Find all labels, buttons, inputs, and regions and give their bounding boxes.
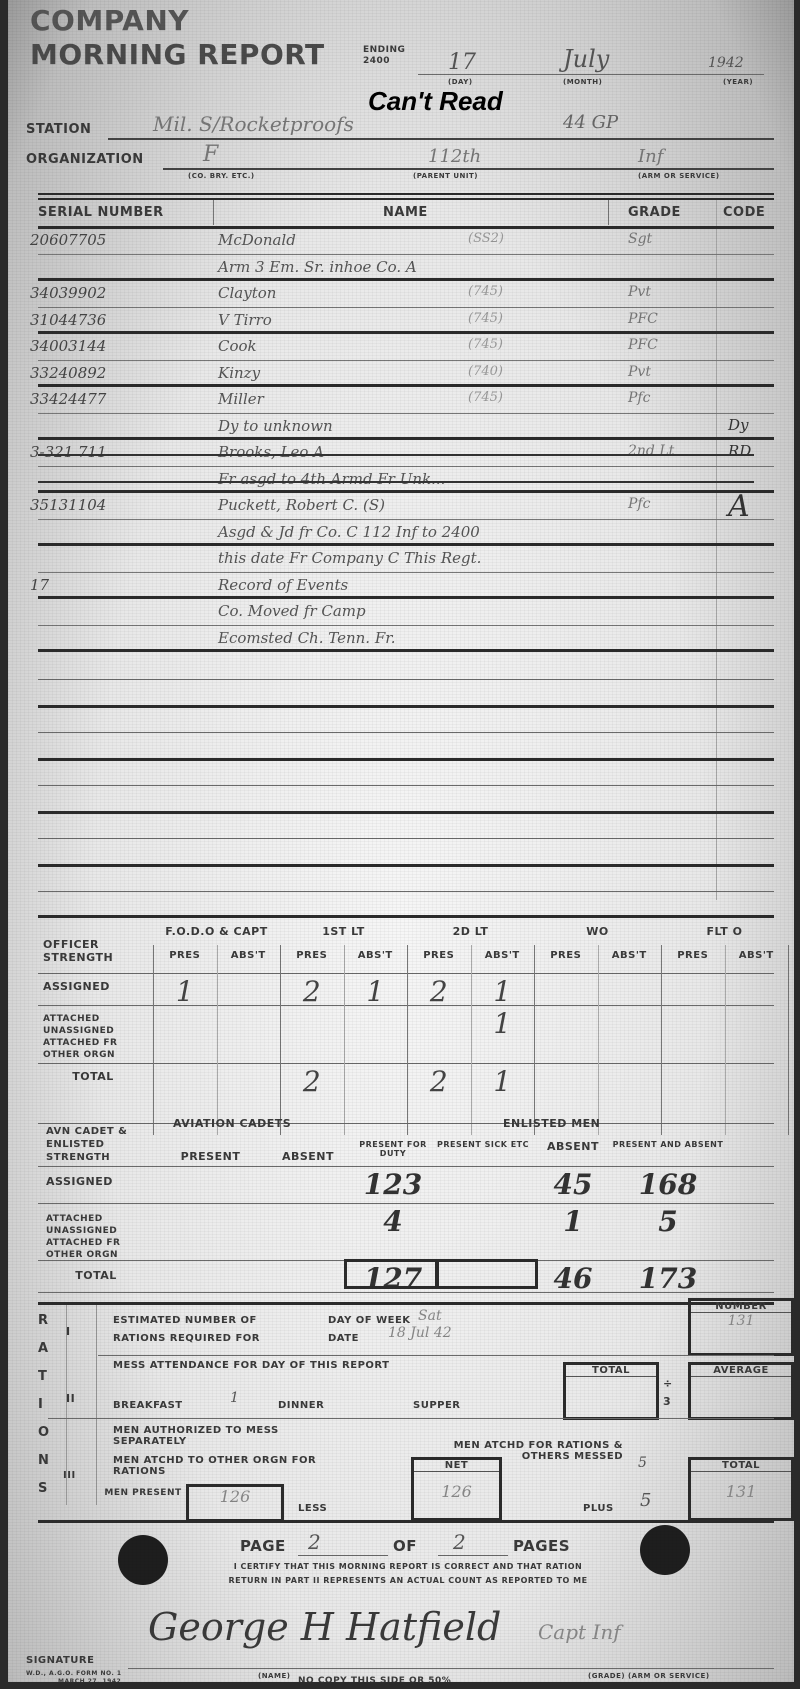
- station-label: STATION: [26, 122, 91, 137]
- soldier-name: Ecomsted Ch. Tenn. Fr.: [218, 629, 396, 647]
- officer-cell: 1: [471, 1065, 535, 1098]
- mess-average-label: AVERAGE: [691, 1365, 791, 1377]
- breakfast-value: 1: [230, 1390, 239, 1406]
- rations-total-label: TOTAL: [691, 1460, 791, 1472]
- roster-row: 31044736V Tirro(745)PFC: [8, 308, 794, 335]
- serial-number: 33240892: [30, 364, 106, 382]
- grade: Sgt: [628, 231, 652, 247]
- officer-subcol-header: PRES: [534, 950, 598, 961]
- mess-total-box: TOTAL: [563, 1362, 659, 1420]
- officer-col-line: [661, 945, 662, 1135]
- officer-subcol-header: PRES: [661, 950, 725, 961]
- enlisted-cell: 123: [348, 1168, 438, 1201]
- enlisted-row-label: ASSIGNED: [46, 1176, 146, 1188]
- mess-total-label: TOTAL: [566, 1365, 656, 1377]
- officer-row-label: ATTACHED UNASSIGNED ATTACHED FR OTHER OR…: [43, 1013, 143, 1061]
- roster-row: Co. Moved fr Camp: [8, 599, 794, 626]
- ration-number-label: NUMBER: [691, 1301, 791, 1313]
- grade: Pvt: [628, 364, 651, 380]
- org-arm: Inf: [638, 146, 663, 167]
- roster-extra: (745): [468, 390, 503, 405]
- blank-line: [38, 732, 774, 733]
- name-caption: (NAME): [258, 1672, 290, 1680]
- serial-number: 35131104: [30, 496, 106, 514]
- mess-attendance-title: MESS ATTENDANCE FOR DAY OF THIS REPORT: [113, 1360, 389, 1371]
- grade: PFC: [628, 337, 658, 353]
- mess-average-box: AVERAGE: [688, 1362, 794, 1420]
- roster-row: Asgd & Jd fr Co. C 112 Inf to 2400: [8, 520, 794, 547]
- officer-cell: 2: [280, 1065, 344, 1098]
- enlisted-cell: 1: [533, 1205, 613, 1238]
- date-month: July: [563, 45, 609, 73]
- officer-col-line: [788, 945, 789, 1135]
- roster-row: 35131104Puckett, Robert C. (S)PfcA: [8, 493, 794, 520]
- footer-note: NO COPY THIS SIDE OR 50%: [298, 1676, 451, 1682]
- officer-group-header: F.O.D.O & CAPT: [153, 925, 280, 938]
- breakfast-label: BREAKFAST: [113, 1400, 183, 1411]
- enlisted-row-label: TOTAL: [46, 1270, 146, 1282]
- grade: Pfc: [628, 496, 650, 512]
- enlisted-bottom-rule: [38, 1292, 774, 1293]
- soldier-name: Co. Moved fr Camp: [218, 602, 366, 620]
- roster-row: Dy to unknownDy: [8, 414, 794, 441]
- code: RD: [728, 442, 751, 460]
- roster-extra: (745): [468, 284, 503, 299]
- of-label: OF: [393, 1537, 417, 1555]
- col-code: CODE: [723, 205, 765, 220]
- form-id: W.D., A.G.O. FORM NO. 1: [26, 1670, 122, 1677]
- form-title-line2: MORNING REPORT: [30, 38, 325, 71]
- dinner-label: DINNER: [278, 1400, 324, 1411]
- enlisted-cell: 5: [608, 1205, 728, 1238]
- soldier-name: Record of Events: [218, 576, 348, 594]
- org-caption-arm: (ARM OR SERVICE): [638, 172, 720, 180]
- organization-label: ORGANIZATION: [26, 152, 144, 167]
- officer-row-label: TOTAL: [43, 1071, 143, 1083]
- col-serial-number: SERIAL NUMBER: [38, 205, 164, 220]
- morning-report-form: COMPANY MORNING REPORT ENDING 2400 17 Ju…: [8, 0, 794, 1682]
- rations-side-letter: N: [38, 1453, 49, 1468]
- blank-line: [38, 811, 774, 814]
- strike-line: [38, 481, 754, 483]
- blank-line: [38, 838, 774, 839]
- officer-row-rule: [38, 1063, 774, 1064]
- roster-row: 34039902Clayton(745)Pvt: [8, 281, 794, 308]
- enlisted-col-header: PRESENT: [163, 1150, 258, 1163]
- enlisted-cell: 45: [533, 1168, 613, 1201]
- officer-col-line: [534, 945, 535, 1135]
- rations-side-letter: T: [38, 1369, 47, 1384]
- roster-row: 33424477Miller(745)Pfc: [8, 387, 794, 414]
- day-of-week-value: Sat: [418, 1308, 442, 1324]
- serial-number: 33424477: [30, 390, 106, 408]
- serial-number: 31044736: [30, 311, 106, 329]
- org-caption-company: (CO. BRY. ETC.): [188, 172, 255, 180]
- blank-line: [38, 891, 774, 892]
- officer-subcol-header: ABS'T: [471, 950, 535, 961]
- enlisted-col-header: PRESENT FOR DUTY: [348, 1140, 438, 1158]
- total-pages: 2: [453, 1530, 466, 1554]
- officer-col-line: [407, 945, 408, 1135]
- rations-side-letter: R: [38, 1313, 49, 1328]
- officer-cell: 2: [407, 1065, 471, 1098]
- roster-extra: (745): [468, 311, 503, 326]
- officer-row-rule: [38, 973, 774, 974]
- strike-line: [38, 454, 754, 456]
- officer-col-line: [217, 945, 218, 1135]
- soldier-name: Brooks, Leo A: [218, 443, 324, 461]
- station-value: Mil. S/Rocketproofs: [153, 112, 354, 136]
- enlisted-cell: 46: [533, 1262, 613, 1295]
- year-caption: (YEAR): [723, 78, 753, 86]
- officer-subcol-header: ABS'T: [598, 950, 662, 961]
- officer-subcol-header: ABS'T: [725, 950, 789, 961]
- roster-extra: (745): [468, 337, 503, 352]
- rations-side-letter: A: [38, 1341, 49, 1356]
- ration-number-value: 131: [691, 1313, 791, 1329]
- page-number: 2: [308, 1530, 321, 1554]
- officer-col-line: [598, 945, 599, 1135]
- officer-group-header: WO: [534, 925, 661, 938]
- serial-number: 17: [30, 576, 49, 594]
- roster-row: 33240892Kinzy(740)Pvt: [8, 361, 794, 388]
- soldier-name: Kinzy: [218, 364, 260, 382]
- soldier-name: Arm 3 Em. Sr. inhoe Co. A: [218, 258, 417, 276]
- officer-subcol-header: ABS'T: [217, 950, 281, 961]
- day-caption: (DAY): [448, 78, 473, 86]
- enlisted-row-rule: [38, 1166, 774, 1167]
- net-box: NET 126: [411, 1457, 502, 1521]
- rations-side-letter: O: [38, 1425, 50, 1440]
- ration-number-box: NUMBER 131: [688, 1298, 794, 1356]
- rations-side-letter: I: [38, 1397, 43, 1412]
- org-caption-unit: (PARENT UNIT): [413, 172, 478, 180]
- blank-line: [38, 758, 774, 761]
- enlisted-row-label: ATTACHED UNASSIGNED ATTACHED FR OTHER OR…: [46, 1213, 146, 1261]
- officer-col-line: [280, 945, 281, 1135]
- officer-subcol-header: ABS'T: [344, 950, 408, 961]
- date-year: 1942: [708, 55, 744, 71]
- roster-extra: (SS2): [468, 231, 504, 246]
- officer-col-line: [725, 945, 726, 1135]
- soldier-name: Fr asgd to 4th Armd Fr Unk...: [218, 470, 445, 488]
- binder-hole-right: [640, 1525, 690, 1575]
- signature-value: George H Hatfield: [148, 1605, 501, 1649]
- enlisted-row-rule: [38, 1203, 774, 1204]
- pages-label: PAGES: [513, 1537, 570, 1555]
- enlisted-col-header: ABSENT: [533, 1140, 613, 1153]
- form-title-line1: COMPANY: [30, 4, 189, 37]
- col-name: NAME: [383, 205, 428, 220]
- station-extra: 44 GP: [563, 112, 618, 133]
- grade: Pvt: [628, 284, 651, 300]
- net-value: 126: [414, 1472, 499, 1501]
- officer-strength-label: OFFICER STRENGTH: [43, 938, 143, 964]
- rations-required-label-1: ESTIMATED NUMBER OF: [113, 1315, 257, 1326]
- rank-caption: (GRADE) (ARM OR SERVICE): [588, 1672, 710, 1680]
- blank-line: [38, 864, 774, 867]
- rations-section-1-numeral: I: [66, 1325, 71, 1338]
- officer-group-header: 2D LT: [407, 925, 534, 938]
- soldier-name: this date Fr Company C This Regt.: [218, 549, 481, 567]
- men-present-label: MEN PRESENT: [103, 1488, 183, 1498]
- enlisted-col-header: ABSENT: [263, 1150, 353, 1163]
- men-present-value: 126: [189, 1487, 281, 1506]
- signature-label: SIGNATURE: [26, 1655, 94, 1666]
- org-unit: 112th: [428, 146, 481, 167]
- certification-text: I CERTIFY THAT THIS MORNING REPORT IS CO…: [218, 1560, 598, 1588]
- roster-row: Ecomsted Ch. Tenn. Fr.: [8, 626, 794, 653]
- rank-value: Capt Inf: [538, 1620, 621, 1644]
- enlisted-strength-label: AVN CADET & ENLISTED STRENGTH: [46, 1125, 131, 1164]
- officer-group-header: FLT O: [661, 925, 788, 938]
- ending-label: ENDING 2400: [363, 45, 405, 67]
- soldier-name: V Tirro: [218, 311, 272, 329]
- serial-number: 34003144: [30, 337, 106, 355]
- enlisted-men-label: ENLISTED MEN: [503, 1117, 600, 1130]
- form-date: MARCH 27, 1942: [58, 1678, 121, 1682]
- officer-subcol-header: PRES: [407, 950, 471, 961]
- blank-line: [38, 705, 774, 708]
- row-rule: [38, 649, 774, 652]
- aviation-cadets-label: AVIATION CADETS: [173, 1117, 291, 1130]
- officer-cell: 1: [471, 975, 535, 1008]
- supper-label: SUPPER: [413, 1400, 461, 1411]
- cant-read-annotation: Can't Read: [368, 86, 503, 117]
- rations-total-value: 131: [691, 1472, 791, 1501]
- less-label: LESS: [298, 1503, 327, 1514]
- month-caption: (MONTH): [563, 78, 602, 86]
- total-sick-box: [436, 1259, 538, 1289]
- officer-cell: 1: [344, 975, 408, 1008]
- roster-row: 3-321 711Brooks, Leo A2nd LtRD: [8, 440, 794, 467]
- rations-total-box: TOTAL 131: [688, 1457, 794, 1521]
- date-value: 18 Jul 42: [388, 1325, 452, 1341]
- enlisted-col-header: PRESENT AND ABSENT: [608, 1140, 728, 1149]
- grade: Pfc: [628, 390, 650, 406]
- roster-row: Fr asgd to 4th Armd Fr Unk...: [8, 467, 794, 494]
- serial-number: 34039902: [30, 284, 106, 302]
- enlisted-col-header: PRESENT SICK ETC: [433, 1140, 533, 1149]
- officer-subcol-header: PRES: [153, 950, 217, 961]
- roster-row: 17Record of Events: [8, 573, 794, 600]
- rations-side-letter: S: [38, 1481, 48, 1496]
- grade: 2nd Lt: [628, 443, 674, 459]
- officer-row-label: ASSIGNED: [43, 981, 143, 993]
- plus-label: PLUS: [583, 1503, 614, 1514]
- soldier-name: Cook: [218, 337, 257, 355]
- serial-number: 20607705: [30, 231, 106, 249]
- date-label: DATE: [328, 1333, 359, 1344]
- soldier-name: Clayton: [218, 284, 276, 302]
- soldier-name: Dy to unknown: [218, 417, 333, 435]
- col-grade: GRADE: [628, 205, 681, 220]
- serial-number: 3-321 711: [30, 443, 107, 461]
- enlisted-cell: 4: [348, 1205, 438, 1238]
- rations-required-label-2: RATIONS REQUIRED FOR: [113, 1333, 260, 1344]
- mess-separately-label: MEN AUTHORIZED TO MESS SEPARATELY: [113, 1425, 323, 1447]
- men-present-box: 126: [186, 1484, 284, 1522]
- roster-row: 34003144Cook(745)PFC: [8, 334, 794, 361]
- soldier-name: Asgd & Jd fr Co. C 112 Inf to 2400: [218, 523, 480, 541]
- officer-bottom-rule: [38, 1123, 774, 1124]
- enlisted-cell: 173: [608, 1262, 728, 1295]
- atchd-for-rations-value: 5: [638, 1455, 647, 1471]
- date-day: 17: [448, 50, 476, 75]
- divide-by-three: ÷ 3: [663, 1375, 677, 1411]
- enlisted-cell: 168: [608, 1168, 728, 1201]
- binder-hole-left: [118, 1535, 168, 1585]
- officer-cell: 1: [153, 975, 217, 1008]
- officer-col-line: [153, 945, 154, 1135]
- plus-value: 5: [640, 1490, 651, 1511]
- soldier-name: Miller: [218, 390, 264, 408]
- atchd-other-orgn-label: MEN ATCHD TO OTHER ORGN FOR RATIONS: [113, 1455, 323, 1477]
- total-present-box: [344, 1259, 438, 1289]
- officer-col-line: [344, 945, 345, 1135]
- grade: PFC: [628, 311, 658, 327]
- blank-line: [38, 679, 774, 680]
- roster-row: 20607705McDonald(SS2)Sgt: [8, 228, 794, 255]
- officer-cell: 2: [407, 975, 471, 1008]
- roster-row: Arm 3 Em. Sr. inhoe Co. A: [8, 255, 794, 282]
- roster-extra: (740): [468, 364, 503, 379]
- officer-group-header: 1ST LT: [280, 925, 407, 938]
- code: Dy: [728, 416, 749, 434]
- officer-row-rule: [38, 1005, 774, 1006]
- blank-line: [38, 785, 774, 786]
- net-label: NET: [414, 1460, 499, 1472]
- rations-section-3-numeral: III: [63, 1470, 76, 1481]
- roster-row: this date Fr Company C This Regt.: [8, 546, 794, 573]
- rations-section-2-numeral: II: [66, 1392, 75, 1405]
- officer-subcol-header: PRES: [280, 950, 344, 961]
- officer-cell: 1: [471, 1007, 535, 1040]
- soldier-name: Puckett, Robert C. (S): [218, 496, 385, 514]
- page-label: PAGE: [240, 1537, 286, 1555]
- org-company: F: [203, 142, 218, 167]
- officer-col-line: [471, 945, 472, 1135]
- soldier-name: McDonald: [218, 231, 296, 249]
- officer-cell: 2: [280, 975, 344, 1008]
